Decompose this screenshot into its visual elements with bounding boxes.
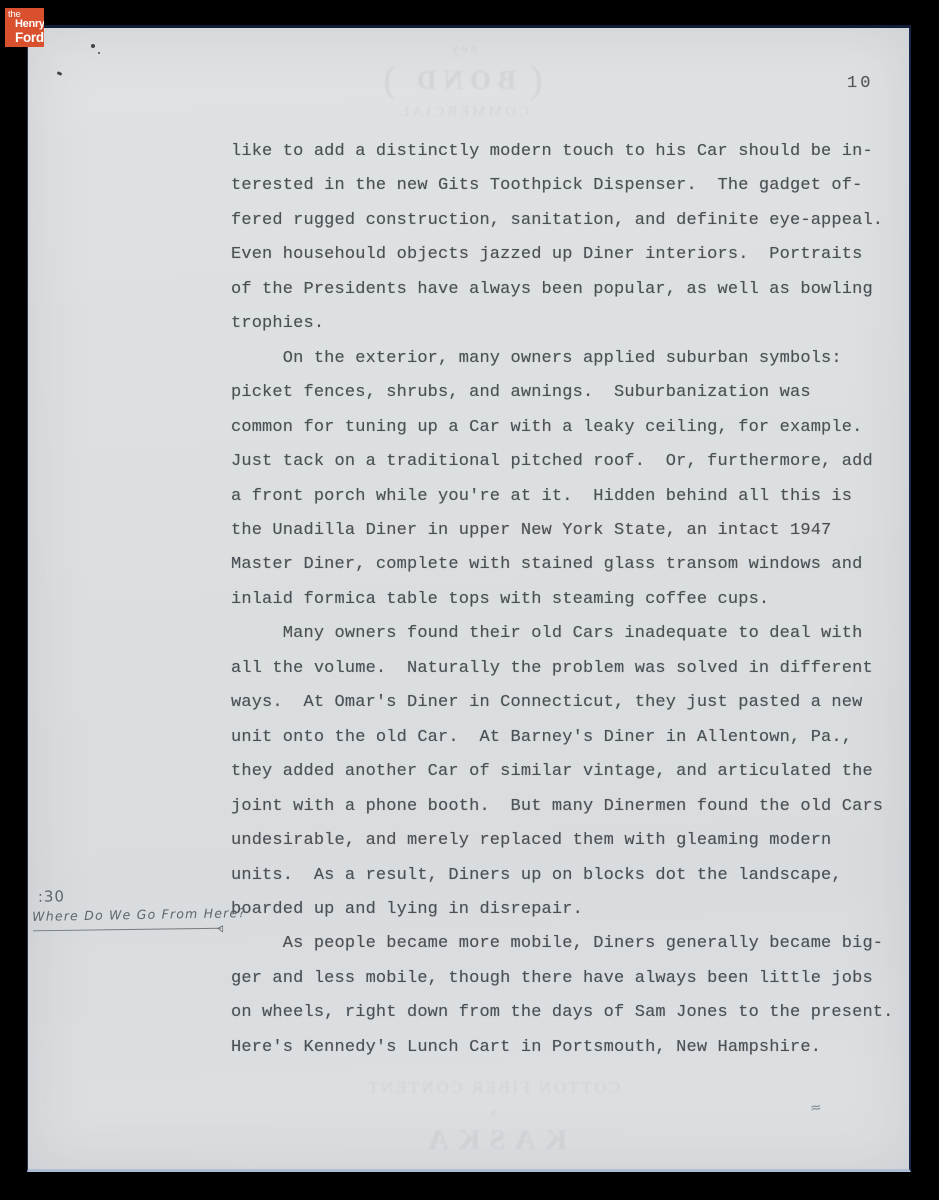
watermark-cotton-text: COTTON FIBER CONTENT (328, 1078, 658, 1098)
pencil-speck-top (91, 44, 95, 48)
pencil-annotation: :30 Where Do We Go From Here? (32, 884, 247, 924)
logo-word-henry: Henry (15, 19, 44, 31)
logo-word-ford: Ford (15, 31, 44, 45)
pencil-speck-left (57, 71, 63, 76)
scan-background: ney ( BOND ) COMMERCIAL 10 like to add a… (0, 0, 939, 1200)
watermark-paren-close: ) (383, 58, 396, 102)
annotation-time-note: :30 (38, 884, 246, 906)
smudge-mark: ≈ (809, 1099, 823, 1116)
watermark-x-mark: x (328, 1104, 658, 1120)
watermark-paren-open: ( (530, 58, 543, 102)
typed-paragraph-3: Many owners found their old Cars inadequ… (231, 617, 921, 927)
typed-text-body: like to add a distinctly modern touch to… (231, 135, 921, 1065)
document-page: ney ( BOND ) COMMERCIAL 10 like to add a… (27, 25, 911, 1172)
watermark-bond-text: BOND (410, 65, 516, 96)
watermark-commercial-text: COMMERCIAL (318, 104, 608, 121)
annotation-question: Where Do We Go From Here? (32, 905, 246, 924)
watermark-bottom: COTTON FIBER CONTENT x KASKA (328, 1078, 658, 1157)
watermark-top: ney ( BOND ) COMMERCIAL (318, 42, 608, 121)
page-number: 10 (847, 74, 873, 93)
henry-ford-logo: the Henry Ford (5, 8, 44, 47)
typed-paragraph-2: On the exterior, many owners applied sub… (231, 342, 921, 618)
typed-paragraph-1: like to add a distinctly modern touch to… (231, 135, 921, 342)
watermark-fragment-text: ney (318, 42, 608, 58)
illegible-watermark-word: KASKA (328, 1124, 658, 1157)
typed-paragraph-4: As people became more mobile, Diners gen… (231, 927, 921, 1065)
arrowhead-icon: ▿ (215, 920, 228, 937)
annotation-underline-arrow (33, 928, 221, 932)
watermark-bond-row: ( BOND ) (318, 58, 608, 102)
